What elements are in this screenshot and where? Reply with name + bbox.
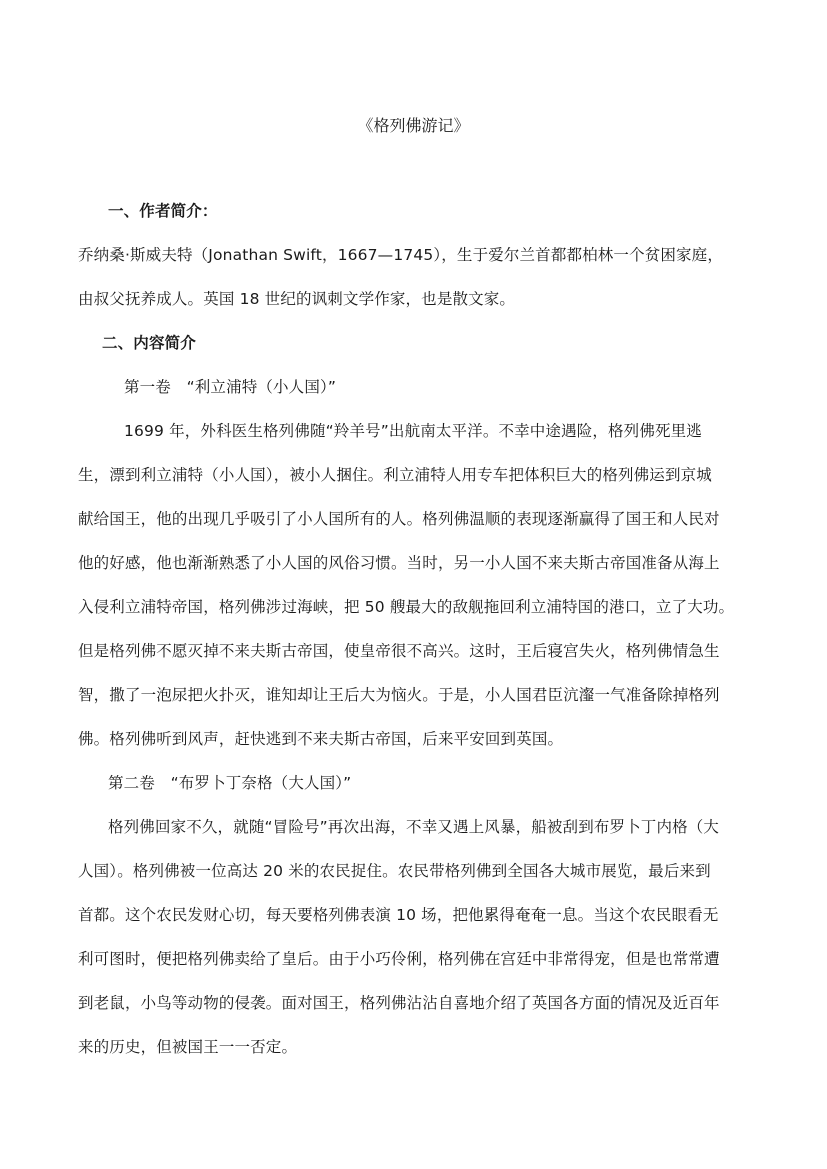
document-title: 《格列佛游记》 bbox=[0, 116, 827, 136]
paragraph-line: 但是格列佛不愿灭掉不来夫斯古帝国，使皇帝很不高兴。这时，王后寝宫失火，格列佛情急… bbox=[78, 641, 720, 661]
paragraph-line: 1699 年，外科医生格列佛随“羚羊号”出航南太平洋。不幸中途遇险，格列佛死里逃 bbox=[124, 421, 702, 441]
document-page: 《格列佛游记》 一、作者简介： 乔纳桑·斯威夫特（Jonathan Swift，… bbox=[0, 0, 827, 1169]
paragraph-line: 生，漂到利立浦特（小人国），被小人捆住。利立浦特人用专车把体积巨大的格列佛运到京… bbox=[78, 465, 712, 485]
paragraph-line: 智，撒了一泡尿把火扑灭，谁知却让王后大为恼火。于是，小人国君臣沆瀣一气准备除掉格… bbox=[78, 685, 720, 705]
paragraph-line: 由叔父抚养成人。英国 18 世纪的讽刺文学作家，也是散文家。 bbox=[78, 289, 515, 309]
paragraph-line: 格列佛回家不久，就随“冒险号”再次出海，不幸又遇上风暴，船被刮到布罗卜丁内格（大 bbox=[108, 817, 719, 837]
paragraph-line: 他的好感，他也渐渐熟悉了小人国的风俗习惯。当时，另一小人国不来夫斯古帝国准备从海… bbox=[78, 553, 720, 573]
paragraph-line: 入侵利立浦特帝国，格列佛涉过海峡，把 50 艘最大的敌舰拖回利立浦特国的港口，立… bbox=[78, 597, 734, 617]
section-heading-author: 一、作者简介： bbox=[108, 201, 218, 221]
paragraph-line: 首都。这个农民发财心切，每天要格列佛表演 10 场，把他累得奄奄一息。当这个农民… bbox=[78, 905, 719, 925]
paragraph-line: 人国）。格列佛被一位高达 20 米的农民捉住。农民带格列佛到全国各大城市展览，最… bbox=[78, 861, 711, 881]
section-heading-content: 二、内容简介 bbox=[102, 333, 196, 353]
paragraph-line: 献给国王，他的出现几乎吸引了小人国所有的人。格列佛温顺的表现逐渐赢得了国王和人民… bbox=[78, 509, 720, 529]
volume-title-brobdingnag: 第二卷 “布罗卜丁奈格（大人国）” bbox=[108, 773, 351, 793]
paragraph-line: 到老鼠，小鸟等动物的侵袭。面对国王，格列佛沾沾自喜地介绍了英国各方面的情况及近百… bbox=[78, 993, 720, 1013]
volume-title-lilliput: 第一卷 “利立浦特（小人国）” bbox=[124, 377, 336, 397]
paragraph-line: 乔纳桑·斯威夫特（Jonathan Swift，1667—1745），生于爱尔兰… bbox=[78, 245, 723, 265]
paragraph-line: 利可图时，便把格列佛卖给了皇后。由于小巧伶俐，格列佛在宫廷中非常得宠，但是也常常… bbox=[78, 949, 720, 969]
paragraph-line: 佛。格列佛听到风声，赶快逃到不来夫斯古帝国，后来平安回到英国。 bbox=[78, 729, 563, 749]
paragraph-line: 来的历史，但被国王一一否定。 bbox=[78, 1037, 297, 1057]
